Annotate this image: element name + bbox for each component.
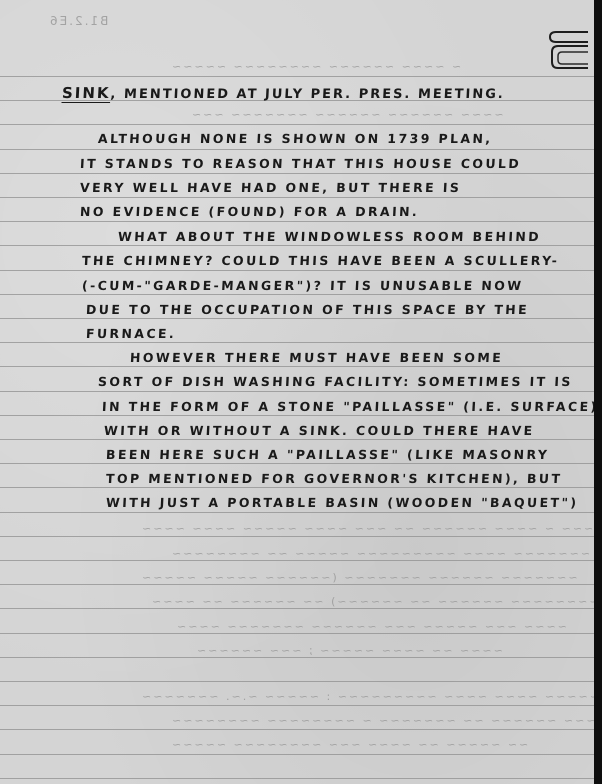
bleed-through-text: ~~~~~~~ ~ ~~~~ ~~~~~~ ~~ ~~~ ~~~~ ~~~~~ …	[140, 522, 594, 535]
ruled-line	[0, 584, 594, 585]
handwritten-line: However there must have been some	[130, 350, 504, 365]
ruled-line	[0, 197, 594, 198]
ruled-line	[0, 124, 594, 125]
ruled-line	[0, 512, 594, 513]
ruled-line	[0, 391, 594, 392]
ruled-line	[0, 270, 594, 271]
ruled-line	[0, 487, 594, 488]
ruled-line	[0, 149, 594, 150]
document-page: B1.2.E6 ~ ~~~~ ~~~~~~ ~~~~~~~~ ~~~~~ ~~~…	[0, 0, 594, 784]
bleed-through-text: ~~~~~~~ ~~~~ ~~~~ ~~~~~~~~~ : ~~~~~ ~.~.…	[140, 690, 594, 703]
handwritten-line: it stands to reason that this house coul…	[80, 156, 522, 171]
note-title: Sink, mentioned at July Per. Pres. meeti…	[62, 84, 506, 102]
bleed-through-text: ~~~~ ~~~~~~ ~~~~~~ ~~~~~~~ ~~~	[190, 108, 504, 121]
handwritten-line: in the form of a stone "Paillasse" (i.e.…	[102, 399, 594, 414]
ruled-line	[0, 318, 594, 319]
handwritten-line: What about the windowless room behind	[118, 229, 542, 244]
ruled-line	[0, 729, 594, 730]
handwritten-line: top mentioned for Governor's kitchen), b…	[106, 471, 563, 486]
ruled-line	[0, 705, 594, 706]
bleed-through-text: ~~ ~~~~~ ~~ ~~~~ ~~~ ~~~~~~~~ ~~~~~	[170, 738, 528, 751]
ruled-line	[0, 657, 594, 658]
handwritten-line: furnace.	[86, 326, 177, 341]
handwritten-line: Although none is shown on 1739 plan,	[98, 131, 493, 146]
handwritten-line: due to the occupation of this space by t…	[86, 302, 530, 317]
ruled-line	[0, 415, 594, 416]
bleed-through-corner-label: B1.2.E6	[48, 14, 108, 28]
ruled-line	[0, 245, 594, 246]
ruled-line	[0, 681, 594, 682]
ruled-line	[0, 366, 594, 367]
ruled-line	[0, 221, 594, 222]
bleed-through-text: ~~~~ ~~~~~~~ ~~~~ ~~~~~~~~~ ~~~~~ ~~ ~~~…	[170, 547, 594, 560]
ruled-line	[0, 633, 594, 634]
ruled-line	[0, 754, 594, 755]
ruled-line	[0, 560, 594, 561]
handwritten-line: no evidence (found) for a drain.	[80, 204, 420, 219]
handwritten-line: very well have had one, but there is	[80, 180, 462, 195]
note-title-rest: , mentioned at July Per. Pres. meeting.	[110, 87, 505, 102]
paper-clip-icon	[548, 28, 588, 74]
handwritten-line: with just a portable basin (wooden "Baqu…	[106, 495, 579, 510]
scan-edge	[594, 0, 602, 784]
ruled-line	[0, 463, 594, 464]
ruled-line	[0, 608, 594, 609]
ruled-line	[0, 439, 594, 440]
bleed-through-text: ~~~~~~~~ ~~~~~~ ~~ ~~~~~~) ~~ ~~~~~~ ~~ …	[150, 595, 594, 608]
ruled-line	[0, 342, 594, 343]
bleed-through-text: ~.~. ~~~~ ~~~~~~ ~~ ~~~~~~~ ~ ~~~~~~~~ ~…	[170, 714, 594, 727]
bleed-through-text: ~~~~ ~~ ~~~~ ~~~~~ ; ~~~ ~~~~~~	[195, 644, 503, 657]
handwritten-line: been here such a "Paillasse" (like mason…	[106, 447, 550, 462]
bleed-through-text: ~ ~~~~ ~~~~~~ ~~~~~~~~ ~~~~~	[170, 60, 461, 73]
note-title-first-word: Sink	[62, 84, 112, 102]
handwritten-line: sort of dish washing facility: sometimes…	[98, 374, 574, 389]
handwritten-line: the chimney? Could this have been a scul…	[82, 253, 560, 268]
handwritten-line: (-cum-"Garde-manger")? It is unusable no…	[82, 278, 524, 293]
ruled-line	[0, 536, 594, 537]
bleed-through-text: ~~~~~~~ ~~~~~~ ~~~~~~~ (~~~~~~ ~~~~~ ~~~…	[140, 571, 578, 584]
ruled-line	[0, 778, 594, 779]
bleed-through-text: ~~~~ ~~~ ~~~~~ ~~~ ~~~~~~ ~~~~~~~ ~~~~	[175, 620, 567, 633]
handwritten-line: with or without a sink. Could there have	[104, 423, 535, 438]
ruled-line	[0, 76, 594, 77]
ruled-line	[0, 294, 594, 295]
ruled-line	[0, 173, 594, 174]
